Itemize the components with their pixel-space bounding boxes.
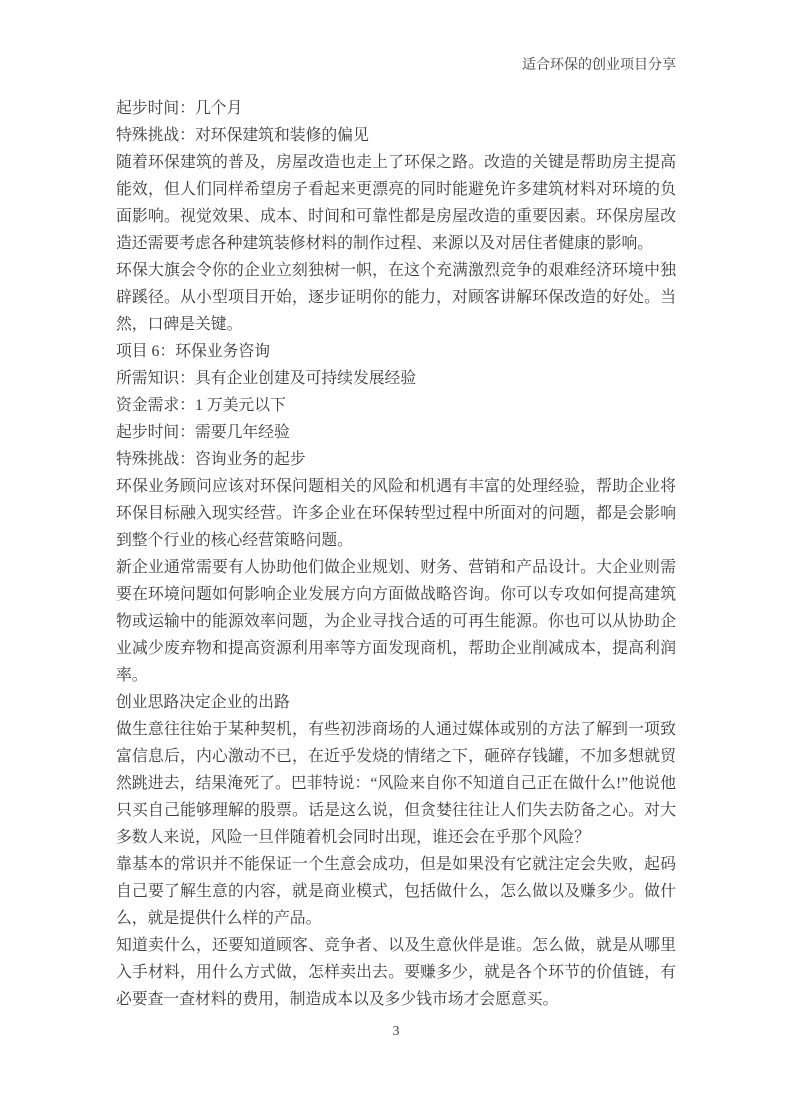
paragraph-body-text: 环保业务顾问应该对环保问题相关的风险和机遇有丰富的处理经验，帮助企业将环保目标融…: [116, 473, 676, 554]
paragraph-body-text: 环保大旗会令你的企业立刻独树一帜，在这个充满激烈竞争的艰难经济环境中独辟蹊径。从…: [116, 257, 676, 338]
paragraph-body-text: 随着环保建筑的普及，房屋改造也走上了环保之路。改造的关键是帮助房主提高能效，但人…: [116, 149, 676, 257]
paragraph-body-text: 靠基本的常识并不能保证一个生意会成功，但是如果没有它就注定会失败，起码自己要了解…: [116, 851, 676, 932]
paragraph-body-text: 知道卖什么，还要知道顾客、竞争者、以及生意伙伴是谁。怎么做，就是从哪里入手材料，…: [116, 932, 676, 1013]
page-number: 3: [393, 1024, 400, 1039]
document-page: 适合环保的创业项目分享 起步时间：几个月 特殊挑战：对环保建筑和装修的偏见 随着…: [0, 0, 792, 1120]
paragraph-required-knowledge: 所需知识：具有企业创建及可持续发展经验: [116, 365, 676, 392]
header-title: 适合环保的创业项目分享: [522, 58, 676, 73]
paragraph-body-text: 做生意往往始于某种契机，有些初涉商场的人通过媒体或别的方法了解到一项致富信息后，…: [116, 716, 676, 851]
paragraph-capital-need: 资金需求：1 万美元以下: [116, 392, 676, 419]
paragraph-section-heading: 创业思路决定企业的出路: [116, 689, 676, 716]
page-footer: 3: [0, 1023, 792, 1041]
paragraph-special-challenge: 特殊挑战：对环保建筑和装修的偏见: [116, 122, 676, 149]
paragraph-special-challenge: 特殊挑战：咨询业务的起步: [116, 446, 676, 473]
paragraph-body-text: 新企业通常需要有人协助他们做企业规划、财务、营销和产品设计。大企业则需要在环境问…: [116, 554, 676, 689]
paragraph-startup-time: 起步时间：几个月: [116, 95, 676, 122]
paragraph-project-6-title: 项目 6：环保业务咨询: [116, 338, 676, 365]
document-body: 起步时间：几个月 特殊挑战：对环保建筑和装修的偏见 随着环保建筑的普及，房屋改造…: [116, 95, 676, 1013]
paragraph-startup-time: 起步时间：需要几年经验: [116, 419, 676, 446]
page-header: 适合环保的创业项目分享: [116, 57, 676, 75]
